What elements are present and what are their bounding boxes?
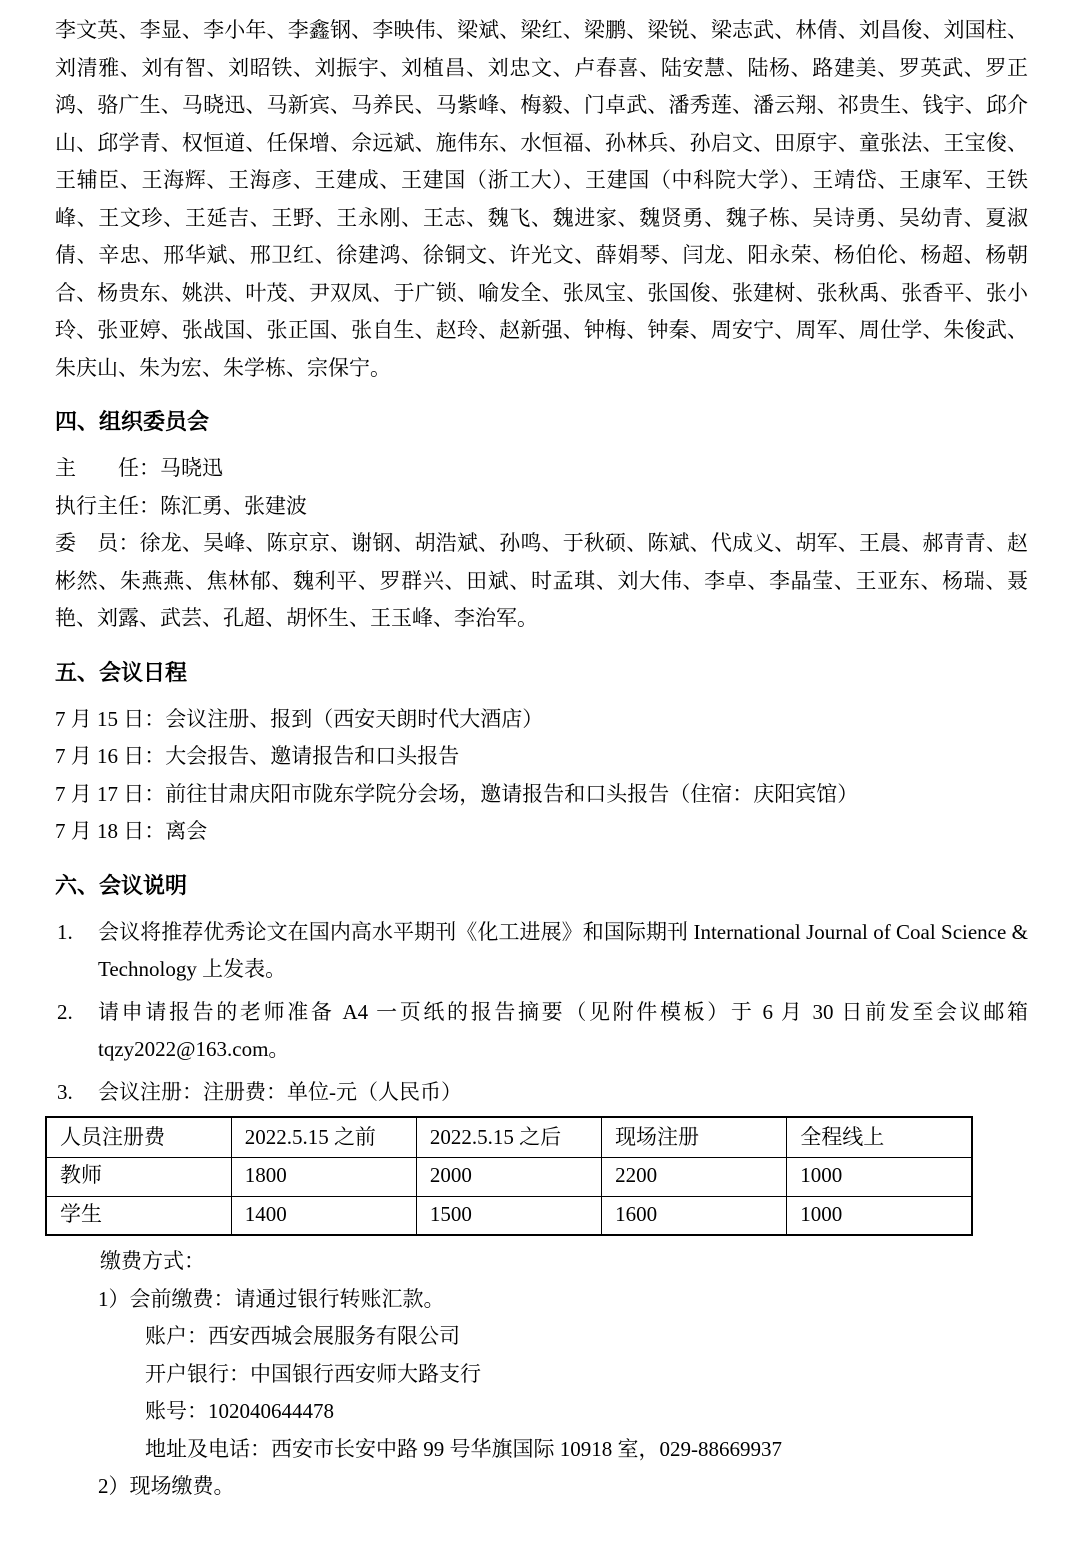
note-item-1: 1. 会议将推荐优秀论文在国内高水平期刊《化工进展》和国际期刊 Internat…	[55, 914, 1028, 989]
section-heading-schedule: 五、会议日程	[55, 658, 1028, 688]
note-number: 1.	[57, 914, 73, 952]
committee-members-row: 委 员：徐龙、吴峰、陈京京、谢钢、胡浩斌、孙鸣、于秋硕、陈斌、代成义、胡军、王晨…	[55, 525, 1028, 638]
schedule-list: 7 月 15 日：会议注册、报到（西安天朗时代大酒店） 7 月 16 日：大会报…	[55, 701, 1028, 851]
payment-method-text: 现场缴费。	[130, 1474, 235, 1498]
payment-method-2: 2）现场缴费。	[98, 1468, 1028, 1506]
section-notes: 六、会议说明 1. 会议将推荐优秀论文在国内高水平期刊《化工进展》和国际期刊 I…	[55, 871, 1028, 1506]
chair-label: 主 任：	[55, 456, 160, 480]
document-page: 李文英、李显、李小年、李鑫钢、李映伟、梁斌、梁红、梁鹏、梁锐、梁志武、林倩、刘昌…	[0, 0, 1080, 1559]
fee-cell: 2200	[602, 1157, 787, 1196]
fee-header-onsite: 现场注册	[602, 1117, 787, 1157]
payment-method-text: 会前缴费：请通过银行转账汇款。	[130, 1287, 445, 1311]
payment-method-1: 1）会前缴费：请通过银行转账汇款。	[98, 1281, 1028, 1319]
committee-chair-row: 主 任：马晓迅	[55, 450, 1028, 488]
fee-cell: 1400	[231, 1196, 416, 1235]
fee-header-category: 人员注册费	[46, 1117, 231, 1157]
payment-method-number: 2）	[98, 1474, 130, 1498]
fee-table-row-student: 学生 1400 1500 1600 1000	[46, 1196, 972, 1235]
note-text: 会议注册：注册费：单位-元（人民币）	[98, 1080, 462, 1104]
fee-cell: 1800	[231, 1157, 416, 1196]
notes-list: 1. 会议将推荐优秀论文在国内高水平期刊《化工进展》和国际期刊 Internat…	[55, 914, 1028, 1112]
fee-cell: 1000	[787, 1157, 972, 1196]
note-item-3: 3. 会议注册：注册费：单位-元（人民币）	[55, 1074, 1028, 1112]
note-item-2: 2. 请申请报告的老师准备 A4 一页纸的报告摘要（见附件模板）于 6 月 30…	[55, 994, 1028, 1069]
fee-header-late: 2022.5.15 之后	[416, 1117, 601, 1157]
fee-cell: 1500	[416, 1196, 601, 1235]
bank-account-name: 账户：西安西城会展服务有限公司	[145, 1318, 1028, 1356]
chair-names: 马晓迅	[160, 456, 223, 480]
fee-cell: 教师	[46, 1157, 231, 1196]
fee-cell: 1600	[602, 1196, 787, 1235]
members-names: 徐龙、吴峰、陈京京、谢钢、胡浩斌、孙鸣、于秋硕、陈斌、代成义、胡军、王晨、郝青青…	[55, 531, 1028, 630]
payment-method-number: 1）	[98, 1287, 130, 1311]
note-number: 3.	[57, 1074, 73, 1112]
bank-name: 开户银行：中国银行西安师大路支行	[145, 1356, 1028, 1394]
note-text: 会议将推荐优秀论文在国内高水平期刊《化工进展》和国际期刊 Internation…	[98, 920, 1028, 982]
note-text: 请申请报告的老师准备 A4 一页纸的报告摘要（见附件模板）于 6 月 30 日前…	[98, 1000, 1028, 1062]
fee-cell: 1000	[787, 1196, 972, 1235]
fee-table-header-row: 人员注册费 2022.5.15 之前 2022.5.15 之后 现场注册 全程线…	[46, 1117, 972, 1157]
schedule-item: 7 月 18 日：离会	[55, 813, 1028, 851]
payment-label: 缴费方式：	[100, 1243, 1028, 1281]
section-organizing-committee: 四、组织委员会 主 任：马晓迅 执行主任：陈汇勇、张建波 委 员：徐龙、吴峰、陈…	[55, 407, 1028, 638]
fee-cell: 2000	[416, 1157, 601, 1196]
fee-header-early: 2022.5.15 之前	[231, 1117, 416, 1157]
section-heading-committee: 四、组织委员会	[55, 407, 1028, 437]
exec-chair-label: 执行主任：	[55, 494, 160, 518]
schedule-item: 7 月 16 日：大会报告、邀请报告和口头报告	[55, 738, 1028, 776]
fee-cell: 学生	[46, 1196, 231, 1235]
fee-table-row-teacher: 教师 1800 2000 2200 1000	[46, 1157, 972, 1196]
exec-chair-names: 陈汇勇、张建波	[160, 494, 307, 518]
schedule-item: 7 月 17 日：前往甘肃庆阳市陇东学院分会场，邀请报告和口头报告（住宿：庆阳宾…	[55, 776, 1028, 814]
note-number: 2.	[57, 994, 73, 1032]
bank-address-phone: 地址及电话：西安市长安中路 99 号华旗国际 10918 室，029-88669…	[145, 1431, 1028, 1469]
section-schedule: 五、会议日程 7 月 15 日：会议注册、报到（西安天朗时代大酒店） 7 月 1…	[55, 658, 1028, 851]
registration-fee-table: 人员注册费 2022.5.15 之前 2022.5.15 之后 现场注册 全程线…	[45, 1116, 973, 1236]
attendee-name-list: 李文英、李显、李小年、李鑫钢、李映伟、梁斌、梁红、梁鹏、梁锐、梁志武、林倩、刘昌…	[55, 12, 1028, 387]
bank-account-number: 账号：102040644478	[145, 1393, 1028, 1431]
members-label: 委 员：	[55, 531, 140, 555]
section-heading-notes: 六、会议说明	[55, 871, 1028, 901]
payment-section: 缴费方式： 1）会前缴费：请通过银行转账汇款。 账户：西安西城会展服务有限公司 …	[55, 1243, 1028, 1506]
committee-exec-row: 执行主任：陈汇勇、张建波	[55, 488, 1028, 526]
schedule-item: 7 月 15 日：会议注册、报到（西安天朗时代大酒店）	[55, 701, 1028, 739]
fee-header-online: 全程线上	[787, 1117, 972, 1157]
